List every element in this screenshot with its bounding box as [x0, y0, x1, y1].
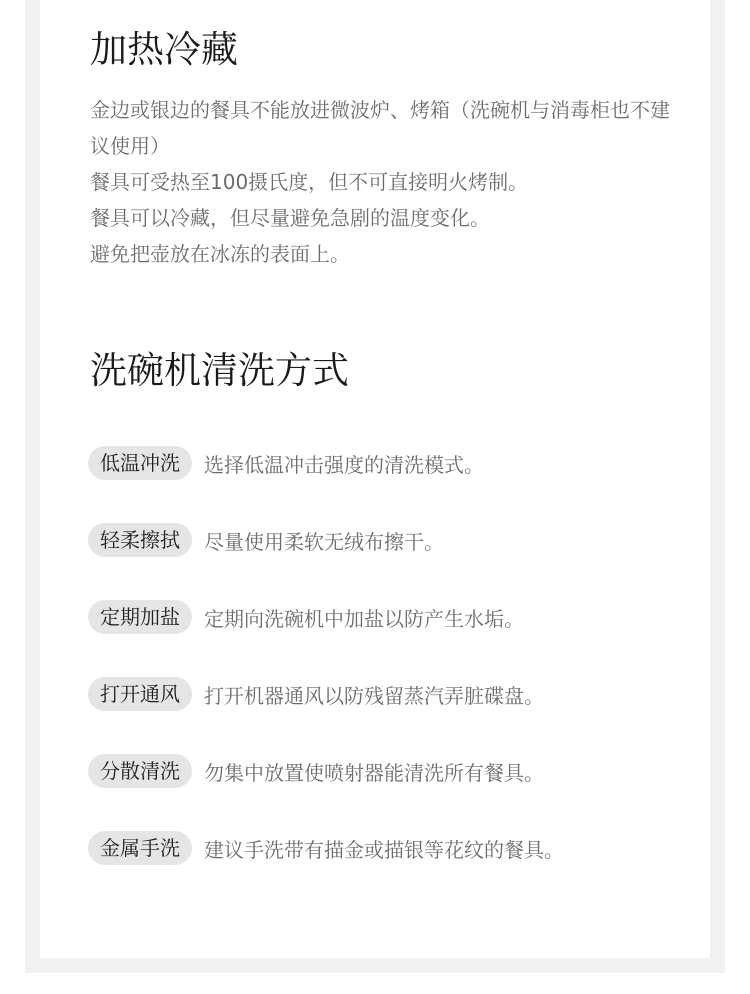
- tip-text: 打开机器通风以防残留蒸汽弄脏碟盘。: [204, 680, 544, 709]
- tip-text: 勿集中放置使喷射器能清洗所有餐具。: [204, 757, 544, 786]
- paragraph-microwave-warning: 金边或银边的餐具不能放进微波炉、烤箱（洗碗机与消毒柜也不建议使用）: [90, 92, 680, 164]
- tip-item-spread-out: 分散清洗 勿集中放置使喷射器能清洗所有餐具。: [88, 753, 688, 789]
- tip-item-gentle-wipe: 轻柔擦拭 尽量使用柔软无绒布擦干。: [88, 522, 688, 558]
- tip-text: 建议手洗带有描金或描银等花纹的餐具。: [204, 834, 564, 863]
- tip-item-low-temp: 低温冲洗 选择低温冲击强度的清洗模式。: [88, 445, 688, 481]
- paragraph-refrigeration: 餐具可以冷藏，但尽量避免急剧的温度变化。: [90, 200, 680, 236]
- tip-item-hand-wash-metal: 金属手洗 建议手洗带有描金或描银等花纹的餐具。: [88, 830, 688, 866]
- tip-text: 选择低温冲击强度的清洗模式。: [204, 449, 484, 478]
- tip-text: 尽量使用柔软无绒布擦干。: [204, 526, 444, 555]
- tip-item-add-salt: 定期加盐 定期向洗碗机中加盐以防产生水垢。: [88, 599, 688, 635]
- tip-badge: 轻柔擦拭: [88, 523, 192, 557]
- tip-badge: 打开通风: [88, 677, 192, 711]
- paragraph-frozen-surface: 避免把壶放在冰冻的表面上。: [90, 236, 680, 272]
- tip-badge: 低温冲洗: [88, 446, 192, 480]
- heating-cooling-paragraphs: 金边或银边的餐具不能放进微波炉、烤箱（洗碗机与消毒柜也不建议使用） 餐具可受热至…: [90, 92, 680, 272]
- tip-item-ventilate: 打开通风 打开机器通风以防残留蒸汽弄脏碟盘。: [88, 676, 688, 712]
- tip-badge: 定期加盐: [88, 600, 192, 634]
- tip-text: 定期向洗碗机中加盐以防产生水垢。: [204, 603, 524, 632]
- page-frame: 加热冷藏 金边或银边的餐具不能放进微波炉、烤箱（洗碗机与消毒柜也不建议使用） 餐…: [25, 0, 725, 973]
- heating-cooling-title: 加热冷藏: [90, 26, 238, 74]
- paragraph-heat-limit: 餐具可受热至100摄氏度，但不可直接明火烤制。: [90, 164, 680, 200]
- dishwasher-cleaning-title: 洗碗机清洗方式: [90, 347, 349, 395]
- content-card: 加热冷藏 金边或银边的餐具不能放进微波炉、烤箱（洗碗机与消毒柜也不建议使用） 餐…: [40, 0, 710, 958]
- tip-badge: 分散清洗: [88, 754, 192, 788]
- dishwasher-tips-list: 低温冲洗 选择低温冲击强度的清洗模式。 轻柔擦拭 尽量使用柔软无绒布擦干。 定期…: [88, 445, 688, 907]
- tip-badge: 金属手洗: [88, 831, 192, 865]
